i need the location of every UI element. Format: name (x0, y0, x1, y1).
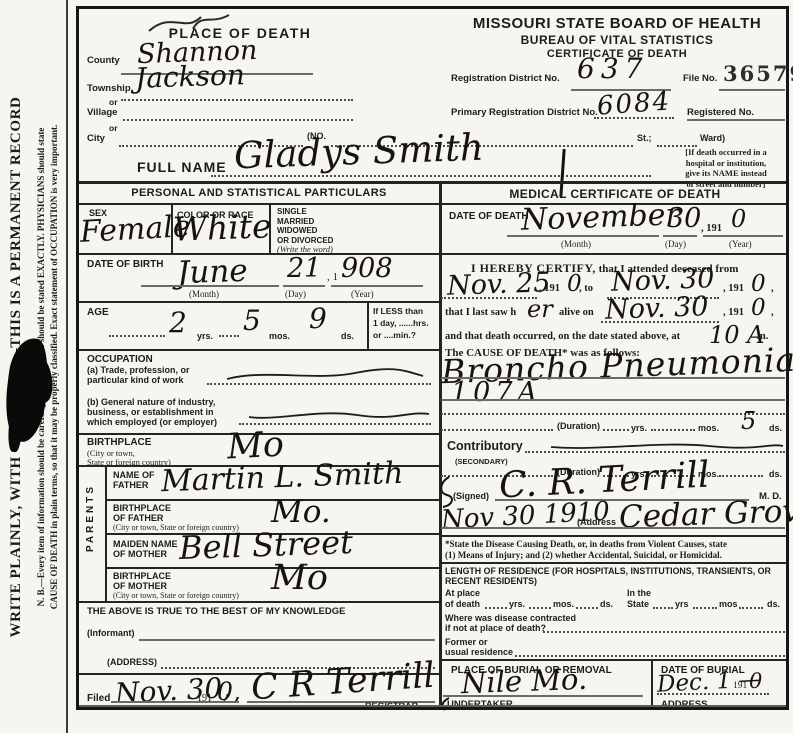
rule (367, 301, 369, 349)
mother-birthplace-label2: OF MOTHER (113, 581, 167, 591)
day-caption: (Day) (665, 239, 686, 249)
dob-year-printed: , 1 (327, 271, 338, 283)
registrar-signature: C R Terrill (250, 659, 436, 707)
father-name-label2: FATHER (113, 480, 148, 490)
dotted-line (651, 429, 695, 431)
registration-district-value: 637 (577, 55, 648, 83)
dotted-line (529, 607, 551, 609)
occupation-b-line3: which employed (or employer) (87, 417, 217, 427)
cause-code-value: 107A (451, 379, 542, 406)
board-title: MISSOURI STATE BOARD OF HEALTH (447, 15, 787, 32)
birthplace-label: BIRTHPLACE (87, 437, 151, 448)
color-race-value: White (172, 209, 272, 245)
personal-section-title: PERSONAL AND STATISTICAL PARTICULARS (79, 187, 439, 199)
county-label: County (87, 55, 120, 66)
dotted-line (121, 99, 353, 101)
rule (507, 235, 659, 237)
dotted-line (207, 383, 431, 385)
hospital-note-line: [If death occurred in a (665, 147, 787, 158)
mos-unit: mos (719, 599, 738, 609)
address-paren-label: (Address (577, 517, 616, 527)
certificate-form: PLACE OF DEATH County Shannon Township J… (76, 6, 789, 710)
rule (441, 253, 786, 255)
at-place-line1: At place (445, 588, 480, 598)
ds-unit: ds. (769, 423, 782, 433)
full-name-value: Gladys Smith (233, 129, 484, 175)
day-caption: (Day) (285, 289, 306, 299)
age-years-value: 2 (169, 309, 187, 337)
year-printed: , 191 (723, 283, 744, 294)
to-word: , to (579, 283, 593, 294)
contracted-line1: Where was disease contracted (445, 613, 576, 623)
year-printed: , 191 (539, 283, 560, 294)
dod-day-value: 30 (667, 205, 701, 232)
dotted-line (719, 475, 763, 477)
former-residence-line2: usual residence (445, 647, 513, 657)
rule (719, 89, 785, 91)
mos-unit: mos. (698, 423, 719, 433)
rule (651, 659, 653, 707)
date-of-death-label: DATE OF DEATH (449, 211, 529, 222)
duration-days-value: 5 (741, 409, 756, 433)
sidebar-note-text2: CAUSE OF DEATH in plain terms, so that i… (49, 125, 59, 609)
sidebar-rule (66, 0, 68, 733)
township-value: Jackson (135, 61, 246, 93)
rule (441, 562, 786, 564)
dotted-line (441, 413, 785, 415)
year-digit: 0 (751, 297, 766, 320)
contracted-line2: if not at place of death? (445, 623, 546, 633)
mother-birthplace-value: Mo (271, 561, 328, 596)
dotted-line (441, 297, 537, 299)
hospital-note-line: give its NAME instead (665, 168, 787, 179)
dotted-line (515, 655, 785, 657)
occupation-a-line1: (a) Trade, profession, or (87, 365, 190, 375)
dotted-line (693, 607, 717, 609)
if-less-line1: If LESS than (373, 306, 423, 316)
cause-footnote-line2: (1) Means of Injury; and (2) whether Acc… (445, 550, 722, 560)
occupation-a-line2: particular kind of work (87, 375, 184, 385)
occupation-title: OCCUPATION (87, 354, 153, 365)
age-months-value: 5 (243, 307, 261, 335)
date-of-birth-label: DATE OF BIRTH (87, 259, 163, 270)
burial-year-value: 0 (749, 671, 762, 692)
dob-year-value: 908 (341, 255, 393, 282)
handwritten-dash (225, 367, 425, 383)
if-less-line2: 1 day, ......hrs. (373, 318, 429, 328)
mos-unit: mos. (269, 331, 290, 341)
dotted-line (441, 429, 553, 431)
rule (441, 535, 786, 537)
handwritten-dash (247, 407, 431, 423)
rule (139, 639, 435, 641)
last-saw-prefix: that I last saw h (445, 307, 516, 318)
sidebar-note-line2: CAUSE OF DEATH in plain terms, so that i… (49, 4, 59, 730)
dotted-line (485, 607, 507, 609)
or-label-2: or (109, 123, 118, 133)
file-no-value: 36579 (723, 61, 793, 86)
year-caption: (Year) (729, 239, 752, 249)
handwritten-dash (549, 437, 785, 453)
rule (663, 235, 697, 237)
ds-unit: ds. (600, 599, 613, 609)
state-label: State (627, 599, 649, 609)
rule (79, 601, 439, 603)
rule (79, 705, 786, 707)
duration-label: (Duration) (557, 421, 600, 431)
informant-address-label: (ADDRESS) (107, 657, 157, 667)
former-residence-line1: Former or (445, 637, 488, 647)
mother-maiden-label1: MAIDEN NAME (113, 539, 178, 549)
rule (141, 285, 279, 287)
contributory-label: Contributory (447, 439, 523, 453)
dotted-line (601, 321, 719, 323)
death-certificate-document: WRITE PLAINLY, WITH INK—THIS IS A PERMAN… (0, 0, 793, 733)
last-seen-date: Nov. 30 (605, 293, 709, 324)
dotted-line (739, 607, 763, 609)
dotted-line (653, 607, 673, 609)
sidebar-warning-left: WRITE PLAINLY, WITH (8, 456, 24, 637)
her-insert: er (527, 297, 553, 321)
rule (441, 659, 786, 661)
rule (111, 701, 239, 703)
dotted-line (123, 119, 353, 121)
month-caption: (Month) (561, 239, 591, 249)
dotted-line (219, 335, 239, 337)
file-no-label: File No. (683, 73, 717, 84)
pen-stroke (439, 697, 453, 711)
ds-unit: ds. (767, 599, 780, 609)
marital-option: SINGLE (277, 207, 333, 217)
rule (441, 399, 785, 401)
dotted-line (603, 429, 629, 431)
rule (331, 285, 423, 287)
in-the-label: In the (627, 588, 651, 598)
yrs-unit: yrs. (509, 599, 525, 609)
age-days-value: 9 (309, 305, 327, 333)
mos-unit: mos. (553, 599, 574, 609)
mother-birthplace-label1: BIRTHPLACE (113, 571, 171, 581)
father-birthplace-label2: OF FATHER (113, 513, 163, 523)
death-occurred-text: and that death occurred, on the date sta… (445, 331, 680, 342)
township-label: Township (87, 83, 131, 94)
full-name-label: FULL NAME (137, 159, 227, 175)
mother-birthplace-sub: (City or town, State or foreign country) (113, 591, 239, 600)
month-caption: (Month) (189, 289, 219, 299)
rule (443, 695, 643, 697)
informant-label: (Informant) (87, 628, 135, 638)
comma: , (771, 283, 774, 294)
rule (439, 181, 442, 707)
father-name-label1: NAME OF (113, 470, 155, 480)
truth-statement: THE ABOVE IS TRUE TO THE BEST OF MY KNOW… (87, 606, 345, 617)
ward-label: Ward) (700, 133, 725, 143)
occupation-b-line1: (b) General nature of industry, (87, 397, 215, 407)
marital-option: WIDOWED (277, 226, 333, 236)
ds-unit: ds. (769, 469, 782, 479)
bureau-title: BUREAU OF VITAL STATISTICS (447, 33, 787, 47)
age-label: AGE (87, 307, 109, 318)
rule (79, 203, 439, 205)
comma: , (771, 307, 774, 318)
dotted-line (109, 335, 165, 337)
dotted-line (576, 607, 598, 609)
year-printed: , 191 (723, 307, 744, 318)
father-name-value: Martin L. Smith (161, 459, 404, 497)
dod-year-value: 0 (731, 207, 746, 231)
dob-day-value: 21 (287, 255, 321, 282)
rule (441, 527, 785, 529)
registered-no-label: Registered No. (687, 107, 754, 118)
dod-year-printed: , 191 (701, 223, 722, 234)
registration-district-label: Registration District No. (451, 73, 560, 84)
at-place-line2: of death (445, 599, 480, 609)
rule (79, 301, 439, 303)
rule (703, 235, 783, 237)
filed-label: Filed (87, 693, 110, 704)
dotted-line (211, 175, 651, 177)
dotted-line (657, 693, 769, 695)
primary-district-value: 6084 (596, 88, 672, 119)
marital-status-options: SINGLE MARRIED WIDOWED OR DIVORCED (Writ… (277, 207, 333, 255)
parents-label-text: PARENTS (85, 484, 96, 552)
residence-title-line2: RECENT RESIDENTS) (445, 576, 537, 586)
father-birthplace-label1: BIRTHPLACE (113, 503, 171, 513)
alive-on-label: alive on (559, 307, 594, 318)
yrs-unit: yrs. (197, 331, 213, 341)
burial-year-printed: 191 (733, 681, 747, 691)
signed-label: (Signed) (453, 491, 489, 501)
street-label: St.; (637, 133, 652, 143)
if-less-line3: or ....min.? (373, 330, 416, 340)
parents-label: PARENTS (85, 465, 96, 571)
village-label: Village (87, 107, 117, 118)
dod-month-value: November (521, 200, 681, 236)
dotted-line (543, 631, 785, 633)
rule (687, 119, 785, 121)
cause-footnote-line1: *State the Disease Causing Death, or, in… (445, 539, 727, 549)
rule (79, 181, 786, 184)
burial-place-value: Nile Mo. (461, 665, 588, 698)
hospital-note-line: hospital or institution, (665, 158, 787, 169)
mother-maiden-label2: OF MOTHER (113, 549, 167, 559)
primary-district-label: Primary Registration District No. (451, 107, 598, 118)
dotted-line (594, 117, 674, 119)
marital-option: MARRIED (277, 217, 333, 227)
occupation-b-line2: business, or establishment in (87, 407, 214, 417)
or-label-1: or (109, 97, 118, 107)
yrs-unit: yrs. (631, 423, 647, 433)
city-label: City (87, 133, 105, 144)
year-caption: (Year) (351, 289, 374, 299)
year-digit: 0 (751, 273, 766, 296)
rule (79, 349, 439, 351)
ds-unit: ds. (341, 331, 354, 341)
yrs-unit: yrs (675, 599, 689, 609)
rule (283, 285, 325, 287)
residence-title-line1: LENGTH OF RESIDENCE (FOR HOSPITALS, INST… (445, 566, 771, 576)
